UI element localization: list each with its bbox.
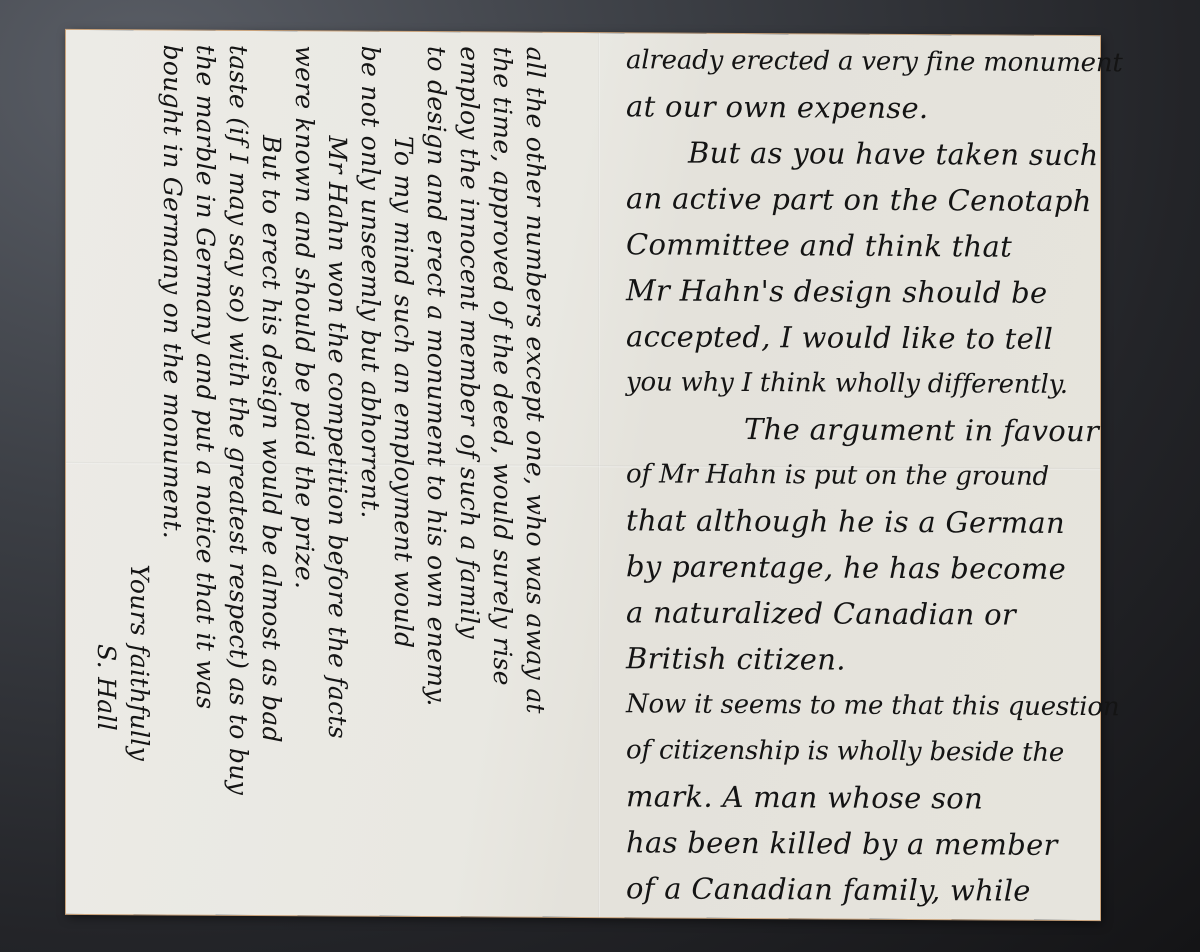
right-line-15: Now it seems to me that this question — [626, 681, 1096, 730]
left-line-11: the marble in Germany and put a notice t… — [189, 45, 222, 905]
left-line-9: But to erect his design would be almost … — [255, 45, 288, 905]
right-line-1: already erected a very fine monument — [626, 37, 1096, 86]
right-line-10: of Mr Hahn is put on the ground — [626, 451, 1096, 500]
right-line-18: has been killed by a member — [626, 819, 1096, 868]
right-line-6: Mr Hahn's design should be — [626, 267, 1096, 316]
left-page-text: all the other numbers except one, who wa… — [92, 44, 552, 907]
left-line-10: taste (if I may say so) with the greates… — [222, 45, 255, 905]
right-line-16: of citizenship is wholly beside the — [626, 727, 1096, 776]
left-line-8: were known and should be paid the prize. — [288, 45, 321, 905]
right-line-2: at our own expense. — [626, 83, 1096, 132]
left-line-12: bought in Germany on the monument. — [156, 44, 189, 904]
left-line-3: employ the innocent member of such a fam… — [453, 46, 486, 906]
left-line-2: the time, approved of the deed, would su… — [486, 46, 519, 906]
right-line-3: But as you have taken such — [626, 129, 1096, 178]
right-line-14: British citizen. — [626, 635, 1096, 684]
left-line-4: to design and erect a monument to his ow… — [420, 46, 453, 906]
right-line-19: of a Canadian family, while — [626, 865, 1096, 914]
left-line-6: be not only unseemly but abhorrent. — [354, 46, 387, 906]
right-line-8: you why I think wholly differently. — [626, 359, 1096, 408]
left-line-1: all the other numbers except one, who wa… — [519, 47, 552, 907]
right-page-text: already erected a very fine monument at … — [626, 37, 1096, 914]
left-page: all the other numbers except one, who wa… — [66, 30, 598, 917]
closing: Yours faithfully — [123, 44, 156, 904]
left-line-7: Mr Hahn won the competition before the f… — [321, 45, 354, 905]
right-line-7: accepted, I would like to tell — [626, 313, 1096, 362]
right-line-12: by parentage, he has become — [626, 543, 1096, 592]
right-line-17: mark. A man whose son — [626, 773, 1096, 822]
signature: S. Hall — [90, 44, 123, 904]
right-line-5: Committee and think that — [626, 221, 1096, 270]
right-line-4: an active part on the Cenotaph — [626, 175, 1096, 224]
right-line-13: a naturalized Canadian or — [626, 589, 1096, 638]
right-line-11: that although he is a German — [626, 497, 1096, 546]
letter-sheet: all the other numbers except one, who wa… — [66, 30, 1100, 920]
right-page: already erected a very fine monument at … — [600, 33, 1100, 920]
right-line-9: The argument in favour — [626, 405, 1096, 454]
left-line-5: To my mind such an employment would — [387, 46, 420, 906]
